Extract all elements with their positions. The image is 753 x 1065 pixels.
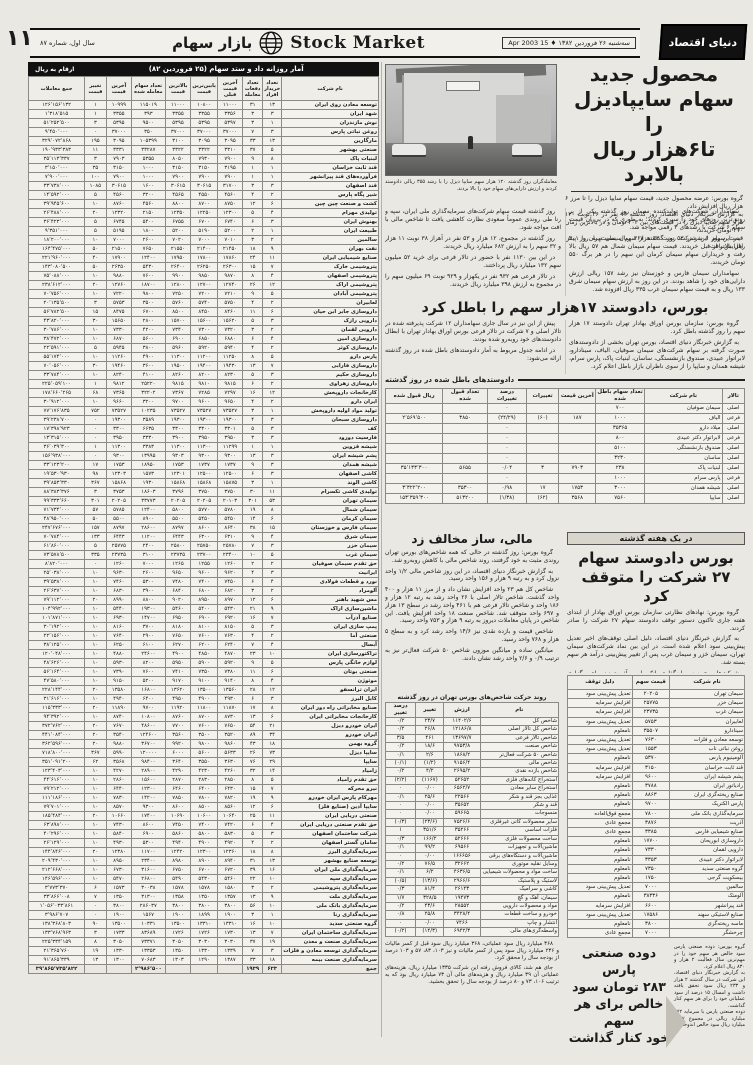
paragraph: به گزارش خبرنگار دنیای اقتصاد، دلیل اصلی…: [567, 635, 745, 666]
table-row: داروسازی فارابی۷۱۳۱۹۴۳۰۱۹۴۰۰۱۹۵۰۰۳۶۰۰۱۹۴…: [29, 362, 379, 371]
table-row: کارخانجات داروپخش۱۲۱۶۷۲۹۷۷۲۸۵۷۳۶۷۳۲۲۰۲۷۳…: [29, 389, 379, 398]
paragraph: در ادامه جدول مربوط به آمار دادوستدهای ب…: [385, 347, 561, 363]
table-row: پارس الکتریک۹۷۰۰نامعلوم: [568, 800, 745, 809]
column-header: نام: [480, 703, 558, 718]
table-row: کابل البرز۳۶۴۹۳۰۴۹۰۰۴۹۵۰۶۴۰۰۴۹۴۰۱۰۳۱٬۶۱۶…: [29, 695, 379, 704]
paragraph: به گزارش خبرنگار دنیای اقتصاد، در این رو…: [385, 568, 559, 584]
table-row: فلزات اساسی۳۵۲۶۶۳۵۱/۶۱: [386, 827, 559, 835]
table-row: لعابیران۵۷۵۳تعدیل پیش‌بینی سود: [568, 717, 745, 726]
index-table-header: نامارزشتغییردرصد تغییر: [386, 703, 559, 718]
table-row: داروسازی سبحان۳۴۱۹۳۰۰۱۹۳۰۰۱۹۳۰۰۳۵۸۹۱۹۳۰۰…: [29, 416, 379, 425]
table-row: سیمان، آهک و گچ۱۹۴۷۳۳۲۸/۵۱/۷: [386, 894, 559, 902]
weekly-body-text: گروه بورس: نهادهای نظارتی سازمان بورس او…: [567, 609, 745, 673]
table-row: لبنیات پاک۸۹۷۹۰۰۷۹۳۰۸۰۵۰۵۳۵۵۷۹۰۳۳۳۵٬۱۱۳٬…: [29, 155, 379, 164]
table-row: چرخشگر۷۰۰۰مجمع عادی: [568, 929, 745, 938]
table-row: شاخص تالار فرعی۱۳۶۹۷/۷۴۶۱۳/۵: [386, 734, 559, 742]
photo-building-side: [496, 95, 551, 143]
table-row: شیشه قزوین۱۱۱۱۲۹۹۱۱۳۰۰۱۱۳۰۰۳۳۸۳۱۱۳۰۰۱۳۶٬…: [29, 443, 379, 452]
doodeh-headline-line1: دوده صنعتی پارس: [567, 944, 671, 978]
table-row: لابراتوار دکتر عبیدی۳۳۵۳نامعلوم: [568, 855, 745, 864]
table-row: پمپ سازی ایران۳۵۸۱۵۰۸۱۰۰۸۱۸۰۳۷۰۰۸۱۶۰۱۰۳۰…: [29, 623, 379, 632]
table-row: سالمین۲۳۷۰۱۰۷۰۰۰۷۰۲۰۲۶۰۰۷۰۰۰۱۰۱۸٬۲۰۰٬۰۰۰: [29, 236, 379, 245]
table-row: لعابیران۲۴۵۷۵۰۵۷۴۰۵۷۶۰۳۵۰۰۵۷۵۳۳۲۰٬۱۳۵٬۵۰…: [29, 299, 379, 308]
cancelled-table-title: دادوستدهای باطل شده در روز گذشته: [385, 376, 514, 384]
table-row: صنایع ریخته‌گری ایران۸۸۶۳نامعلوم: [568, 791, 745, 800]
doodeh-headline-line3: خالص برای هر سهم: [567, 995, 671, 1029]
table-row: ماشین‌آلات و دستگاه‌های برقی۱۶۶۶۵۶۰/۰۰۰: [386, 852, 559, 860]
table-row: لوازم خانگی پارس۵۹۵۹۲۰۵۹۰۰۵۹۵۰۸۲۰۰۵۹۳۰۱۰…: [29, 659, 379, 668]
index-table: نامارزشتغییردرصد تغییر شاخص کل۱۱۴۰۲/۶۲۳/…: [385, 702, 559, 937]
table-row: صنایع شیمیایی فارس۳۳۸۵مجمع عادی: [568, 828, 745, 837]
table-row: حق تقدم زامیاد۵۸۲۸۵۰۲۸۳۰۲۸۷۰۱۵۶۰۰۲۸۶۰۱۰۴…: [29, 776, 379, 785]
column-header: نام شرکت: [282, 77, 379, 101]
table-row: حق تقدم صنعتی دریایی ایران۴۶۷۴۲۰۷۴۰۰۷۴۵۰…: [29, 821, 379, 830]
paragraph: گروه بورس: نهادهای نظارتی سازمان بورس او…: [567, 609, 745, 632]
table-row: سایر محصولات کانی غیرفلزی۷۵۲۶/۶(۲۳/۶)(۰/…: [386, 818, 559, 826]
table-row: سیمان فارس و خوزستان۱۵۳۸۸۶۴۰۸۶۰۰۸۷۹۷۲۸۶۰…: [29, 524, 379, 533]
table-row: مواد و محصولات دارویی۲۸۵۵۲۴۳/۶۰/۲: [386, 902, 559, 910]
suspended-table-body: سیمان تهران۲۰۲۰۵تعدیل پیش‌بینی سودسیمان …: [568, 690, 745, 938]
table-row: اصلیشیشه همدان۳۰۰۰۱۷۵۳۱۷۰/۹۸۳۵۳۰۰۳٬۳۲۲٬۲…: [386, 484, 745, 494]
table-row: فرعیالیاف۱۰۰۰۱۸۷(۶۰)(۲۴/۲۹)۳۸۵۰۲٬۵۶۹٬۵۰۰: [386, 414, 745, 424]
cancelled-table-section: تالارنام شرکتتعداد سهام باطل شدهآخرین قی…: [385, 388, 745, 504]
column-header: جمع معاملات: [29, 77, 85, 101]
table-row: رادیاتور ایران۳۷۸۸نامعلوم: [568, 782, 745, 791]
table-row: داروسازی کوثر۲۴۵۹۴۰۵۹۲۰۵۹۶۰۳۸۰۰۵۹۴۵۵۲۲٬۵…: [29, 344, 379, 353]
table-row: اصلیسایپا۷۵۶۰۳۵۶۸(۶۲)(۱/۳۸)۵۱۳۲۰۰۱۵۳٬۳۵۹…: [386, 494, 745, 504]
table-row: سامان گستر اصفهان۲۴۴۹۲۰۴۹۰۰۴۹۴۰۵۳۰۰۴۹۳۰۱…: [29, 839, 379, 848]
column-header: تعداد خریدار افراد: [263, 77, 282, 101]
table-row: سرمایه‌گذاری سپه۱۰۲۲۵۴۶۰۵۴۳۰۵۴۹۰۲۶۸۰۰۵۴۷…: [29, 875, 379, 884]
table-row: حق تقدم سیمان صوفیان۲۲۱۲۶۰۱۲۵۵۱۲۶۵۷۰۰۰۱۲…: [29, 560, 379, 569]
date-label: سه‌شنبه ۲۶ فروردین ۱۳۸۲ ♦ 15 Apr 2003: [502, 37, 636, 49]
cancelled-table-caption: دادوستدهای باطل شده در روز گذشته: [385, 376, 745, 384]
table-row: سرمایه‌گذاری بانک ملی۱۰۵۶۳۸۰۰۳۸۰۰۳۸۰۰۲۸۶…: [29, 902, 379, 911]
title-fa: بازار سهام: [172, 34, 252, 52]
paragraph: جای هم شد، کالای فروش رفته این شرکت ۱۳۳۵…: [385, 965, 559, 986]
table-row: نفت بهران۹۱۸۲۱۴۵۰۲۱۴۰۰۲۱۵۵۰۷۶۵۰۲۱۵۰۰۵۰۱۶…: [29, 245, 379, 254]
table-row: سیمان غرب۵۱۰۲۳۴۰۰۲۳۷۰۰۲۳۷۳۵۳۱۰۰۲۳۷۳۵۳۳۵۷…: [29, 551, 379, 560]
unit-label: ارقام به ریال: [32, 66, 77, 73]
table-row: کاشی اصفهان۳۶۱۲۵۰۰۱۲۵۰۰۱۲۳۰۱۱۵۷۳۱۲۳۰۳۹۸۱…: [29, 470, 379, 479]
table-row: سینادارو۳۵۵۰۷نامعلوم: [568, 726, 745, 735]
doodeh-article: دوده صنعتی پارس ۲۸۳ تومان سود خالص برای …: [567, 944, 745, 1046]
column-header: درصد تغییرات: [488, 389, 527, 404]
table-row: کاشی الوند۱۳۱۵۸۷۵۱۵۸۶۸۱۵۸۶۸۱۹۳۰۱۵۸۶۸۳۶۷۳…: [29, 479, 379, 488]
table-row: نوش مازندران۱۳۵۳۹۷۵۳۹۵۵۳۹۵۹۵۰۰۵۳۹۵۳۵۱٬۲۵…: [29, 119, 379, 128]
table-row: سیمان خزر۳۷۲۵۷۸۰۲۵۷۵۰۲۵۸۰۰۲۴۰۰۲۵۷۷۵۵۶۱٬۸…: [29, 542, 379, 551]
table-row: ماشین‌سازی اراک۹۲۱۵۴۳۰۵۴۰۰۵۴۶۰۱۹۳۰۰۵۴۴۰۱…: [29, 605, 379, 614]
photo-sign: [446, 81, 480, 91]
column-header: قیمت سهم: [632, 676, 669, 690]
table-row: ساخت مواد و محصولات شیمیایی۴۶۳۶/۵۶/۲۰/۱: [386, 869, 559, 877]
paragraph: شرکت‌هایی چون سرمایه‌گذاری بانک ملی و آذ…: [567, 670, 745, 673]
table-row: وسایل نقلیه موتوری۳۲۶۶۲۷۶/۵۰/۲: [386, 860, 559, 868]
column-header: تغییرات: [526, 389, 559, 404]
headline-rule: [571, 191, 737, 192]
page-number: ۱۱: [6, 26, 33, 51]
table-row: تراکتورسازی ایران۱۰۲۳۴۸۷۰۴۸۵۰۴۹۰۰۲۴۶۰۰۴۸…: [29, 650, 379, 659]
column-header: تعداد دفعات معامله: [243, 77, 263, 101]
table-row: سیمان کرمان۶۱۴۵۴۵۰۵۴۵۰۵۵۰۰۸۹۰۰۵۵۰۰۵۰۴۸٬۹…: [29, 515, 379, 524]
photo-pedestrian: [468, 136, 473, 149]
table-row: شرکت ساختمان اصفهان۳۵۵۸۳۰۵۸۰۰۵۸۶۰۶۹۰۰۵۸۴…: [29, 830, 379, 839]
lead-body-text: سهامداران شرکت‌های تولیدکننده سیمان روز …: [385, 208, 745, 296]
paragraph: گروه بورس: روز گذشته در حالی که همه شاخص…: [385, 549, 559, 565]
paragraph: روز گذشته قیمت سهام شرکت‌های سرمایه‌گذار…: [385, 208, 561, 232]
cancelled-table-header: تالارنام شرکتتعداد سهام باطل شدهآخرین قی…: [386, 389, 745, 404]
table-row: طبیعت ایران۱۲۵۲۰۰۵۱۹۰۵۲۰۰۱۸۰۰۵۱۹۵۵۹٬۳۵۱٬…: [29, 227, 379, 236]
table-row: سرمایه‌گذاری توسعه معادن و فلزات۳۷۱۳۳۹۱۳…: [29, 947, 379, 956]
column-header: ریال قبول شده: [386, 389, 443, 404]
table-row: فرعیلابراتوار دکتر عبیدی۸۰۰۰: [386, 434, 745, 444]
newspaper-logo: دنیای اقتصاد: [659, 24, 748, 60]
suspended-companies-table: نام شرکتقیمت سهمدلیل توقف سیمان تهران۲۰۲…: [567, 675, 745, 938]
table-row: سرمایه‌گذاری ساختمان ایران۷۱۳۱۷۳۰۱۷۲۶۱۷۲…: [29, 929, 379, 938]
table-row: سرمایه‌گذاری پتروشیمی۲۳۱۵۸۰۱۵۷۸۱۵۷۸۳۰۰۳۸…: [29, 884, 379, 893]
lead-headline-line2: سهام سایپادیزل را: [563, 87, 745, 137]
column-header: دلیل توقف: [568, 676, 633, 690]
photo-caption: معامله‌گران روز گذشته ۱۲۰ هزار سهم سایپا…: [385, 179, 557, 192]
column-header: درصد تغییر: [386, 703, 416, 718]
table-row: سرمایه‌گذاری رنا۱۳۱۹۰۰۱۸۹۹۱۹۰۰۱۵۶۷۱۹۰۰۰۳…: [29, 911, 379, 920]
table-row: فرعیپارس سرام۱۰۰۰۰: [386, 474, 745, 484]
table-row: خودرو و ساخت قطعات۳۴۲۸/۴۲۵/۸۰/۸: [386, 911, 559, 919]
paragraph: میانگین ساده و میانگین موزون شاخص ۵۰ شرک…: [385, 647, 559, 663]
table-row: داروسازی امین۴۶۶۸۸۰۶۸۵۰۶۹۰۰۵۶۰۰۶۸۷۰۱۰۳۸٬…: [29, 335, 379, 344]
table-row: ایران دارو۲۴۹۶۵۰۹۶۰۰۹۷۰۰۳۲۰۰۹۶۶۰۱۰۳۰٬۹۱۲…: [29, 398, 379, 407]
table-row: ایران ترانسفو۱۲۲۸۱۳۵۶۰۱۳۵۰۰۱۳۶۲۰۱۶۸۰۰۱۳۵…: [29, 686, 379, 695]
table-row: آلومتک۳۸۳۳۶نامعلوم: [568, 892, 745, 901]
weekly-headline: بورس دادوستد سهام ۲۷ شرکت را متوقف کرد: [567, 549, 745, 606]
table-row: آذریت۳۸۷۶مجمع عادی: [568, 818, 745, 827]
column-header: ارزش: [444, 703, 480, 718]
table-row: پتروشیمی آبادان۵۹۷۲۱۰۷۲۰۰۷۲۵۰۹۸۰۰۷۲۲۰۱۰۷…: [29, 290, 379, 299]
column-header: تغییر: [416, 703, 444, 718]
table-row: آبسال۴۷۶۲۴۰۶۲۰۰۶۲۷۰۶۱۰۰۶۲۵۰۱۰۳۸٬۱۲۵٬۰۰۰: [29, 641, 379, 650]
table-row: شاخص ۵۰ شرکت فعال‌تر۱۸۶۸/۲۲/۶۰/۱: [386, 751, 559, 759]
daily-trades-table-section: ارقام به ریال آمار روزانه داد و ستد سهام…: [28, 62, 379, 974]
table-row: صنایع شیمیایی ایران۱۱۲۴۱۷۸۶۰۱۷۸۰۰۱۷۹۵۰۱۲…: [29, 254, 379, 263]
paragraph: سهامداران سیمان فارس و خوزستان نیز رشد ۱…: [569, 270, 745, 294]
column-header: آخرین قیمت قبلی: [217, 77, 242, 101]
table-row: شاخص مالی۹۱۵۶/۴(۱/۲)(۰/۱): [386, 760, 559, 768]
table-row: سیمان تهران۲۰۲۰۵تعدیل پیش‌بینی سود: [568, 690, 745, 699]
masthead-title: بازار سهام Stock Market: [95, 30, 502, 56]
table-row: سیمان خزر۲۵۷۷۵افزایش سرمایه: [568, 699, 745, 708]
column-header: تعداد قبول شده: [443, 389, 488, 404]
table-row: زامیاد۱۴۳۲۴۲۶۰۴۲۳۰۴۲۹۰۲۸۹۰۰۴۲۷۰۱۰۱۲۳٬۴۰۳…: [29, 767, 379, 776]
article-photo: [385, 64, 557, 176]
doodeh-headline-line2: ۲۸۳ تومان سود: [567, 978, 671, 995]
column-header: تالار: [722, 389, 744, 404]
table-row: پتروشیمی اراک۱۲۲۶۱۲۷۴۰۱۲۷۰۰۱۲۸۰۰۱۸۷۰۰۱۲۷…: [29, 281, 379, 290]
table-row: منسوجات۵۹۶۶۵۰/۰۰۰: [386, 810, 559, 818]
table-row: صنایع مخابراتی راه دور ایران۸۱۷۱۱۸۷۰۱۱۸۰…: [29, 704, 379, 713]
index-table-title: روند حرکت شاخص‌های بورس تهران در روز گذش…: [385, 694, 559, 701]
table-row: نیرو محرکه۷۱۵۶۴۳۰۶۴۰۰۶۴۶۰۱۲۳۰۰۶۴۴۰۱۰۷۹٬۲…: [29, 785, 379, 794]
table-row: صنعتی بوتان۶۱۱۷۳۸۰۷۳۵۰۷۴۱۰۷۶۰۰۷۳۹۰۱۰۵۶٬۱…: [29, 668, 379, 677]
table-row: پتروشیمی اصفهان۴۸۹۸۷۰۹۸۵۰۹۹۰۰۷۶۰۰۹۸۸۰۱۰۷…: [29, 272, 379, 281]
table-row: داروسازی حکیم۳۵۸۲۳۰۸۲۰۰۸۲۶۰۴۱۰۰۸۲۴۰۱۰۳۳٬…: [29, 371, 379, 380]
table-row: اصلیصندوق بازنشستگی۵۱۰۰۰: [386, 444, 745, 454]
mali-closing-text: ۳۶۸ میلیارد ریال سود عملیاتی، ۳۶۸ میلیار…: [385, 941, 559, 986]
table-row: لاستیک و پلاستیک۲۹۶۶/۶(۱۳/۶)(۰/۵): [386, 877, 559, 885]
table-row: آلومراد۲۳۶۸۲۰۶۸۰۰۶۸۴۰۳۹۰۰۶۸۳۰۱۰۲۶٬۶۳۷٬۰۰…: [29, 587, 379, 596]
table-row: آلومینیوم پارس۵۳۷۰نامعلوم: [568, 754, 745, 763]
table-row: ماسه ریخته‌گری۳۸۰۰نامعلوم: [568, 920, 745, 929]
table-row: سرمایه‌گذاری صنعت و معدن۱۹۳۷۳۰۳۰۳۰۳۰۳۰۵۰…: [29, 938, 379, 947]
table-row: توسعه صنایع بهشهر۱۳۳۱۸۹۴۰۸۹۰۰۸۹۸۰۲۳۴۰۰۸۹…: [29, 857, 379, 866]
paragraph: گروه بورس: دوده صنعتی پارس سود خالص هر س…: [674, 944, 745, 970]
table-row: سایپا۲۹۷۶۳۶۳۰۳۵۵۰۳۶۴۰۹۸۴۰۰۳۵۶۸۶۲۳۵۱٬۰۹۱٬…: [29, 758, 379, 767]
daily-table-titlebar: ارقام به ریال آمار روزانه داد و ستد سهام…: [28, 62, 379, 76]
table-row: گروه صنعتی سدید۱۰۱۶۱۳۳۱۰۱۳۳۱۰۱۳۵۰۰۱۰۳۳۱۱…: [29, 920, 379, 929]
table-row: سرمایه‌گذاری ملت۹۱۳۱۳۵۷۱۳۵۰۱۳۵۸۳۱۳۰۰۱۳۵۰…: [29, 893, 379, 902]
table-row: بهنوش ایران۳۶۶۷۴۰۶۷۰۰۶۷۵۵۵۴۰۰۶۷۴۵۵۳۶٬۴۲۳…: [29, 218, 379, 227]
table-row: کارخانجات مخابراتی ایران۶۱۳۸۷۳۰۸۷۰۰۸۷۶۰۱…: [29, 713, 379, 722]
table-row: تولید مواد اولیه داروپخش۱۳۷۳۵۲۷۷۳۵۲۷۷۳۵۲…: [29, 407, 379, 416]
paragraph: گروه بورس: سازمان بورس اوراق بهادار تهرا…: [569, 320, 745, 336]
paragraph: در تالار فرعی هم ۹۳۲ نفر در یکهزار و ۹۲۹…: [385, 273, 561, 289]
cancelled-headline: بورس، دادوستد ۱۷هزار سهم را باطل کرد: [385, 300, 745, 316]
arrow-decoration: [666, 996, 686, 1048]
cancelled-body-text: گروه بورس: سازمان بورس اوراق بهادار تهرا…: [385, 320, 745, 374]
globe-icon: [258, 30, 284, 56]
doodeh-headline-line4: خود کنار گذاشت: [567, 1029, 671, 1046]
table-row: توسعه معادن و فلزات۷۶۳۰تعدیل پیش‌بینی سو…: [568, 736, 745, 745]
column-header: تغییر قیمت: [85, 77, 107, 101]
mali-headline: مالی، ساز مخالف زد: [385, 532, 559, 546]
daily-table-body: توسعه معادن روی ایران۱۳۳۱۱۱۰۰۰۱۰۸۰۰۱۱۰۰۰…: [29, 101, 379, 974]
table-row: مهرکام پارس ایران خودرو۹۱۹۷۸۲۰۷۸۰۰۷۸۵۰۱۴…: [29, 794, 379, 803]
table-row: استخراج سایر معادن۶۵۶۲/۷۰/۰۰۰: [386, 785, 559, 793]
daily-table-title: آمار روزانه داد و ستد سهام (۲۵ فروردین ۸…: [77, 65, 375, 73]
table-row: سیمان تهران۵۳۳۰۱۲۰۱۰۳۲۰۲۰۵۲۰۲۰۵۳۳۷۷۳۲۰۲۰…: [29, 497, 379, 506]
table-row: داروسازی ابوریحان۱۷۷۰۰نامعلوم: [568, 837, 745, 846]
table-row: صنعتی آما۲۴۷۶۳۰۷۶۰۰۷۶۵۰۲۹۰۰۷۶۴۰۱۰۲۲٬۱۵۶٬…: [29, 632, 379, 641]
table-row: ایران خودرو۳۴۸۹۳۵۲۰۳۵۰۰۳۵۶۰۱۲۴۶۰۰۳۵۴۰۲۰۴…: [29, 731, 379, 740]
table-row: فارسیت دورود۳۳۳۹۵۰۳۹۵۰۳۹۰۰۳۳۳۰۳۹۵۰۰۱۳٬۳۱…: [29, 434, 379, 443]
newspaper-page: { "header": { "page_number": "۱۱", "date…: [0, 0, 753, 1065]
table-row: سرمایه‌گذاری بانک ملی۷۸۰۰مجمع فوق‌العاده: [568, 809, 745, 818]
column-header: تعداد سهام باطل شده: [596, 389, 645, 404]
doodeh-body-text: گروه بورس: دوده صنعتی پارس سود خالص هر س…: [674, 944, 745, 1046]
table-row: مارگارین۱۳۳۳۳۰۹۵۳۰۹۵۳۱۰۰۱۰۵۳۹۹۳۰۹۵۱۹۵۳۲۹…: [29, 137, 379, 146]
masthead-bar: سال اول، شماره ۸۷ بازار سهام Stock Marke…: [30, 28, 640, 58]
lead-headline-line3: تا۶هزار ریال بالابرد: [563, 137, 745, 187]
table-row: جمع۶۳۳۱۹۳۹۲٬۹۸۶٬۵۰۰۳۹٬۸۶۵٬۷۳۵٬۸۲۲: [29, 965, 379, 974]
paragraph: شاخص کل هم ۲۳ واحد افزایش نشان داد و از …: [385, 586, 559, 625]
paragraph: روز گذشته در مجموع، ۱۲ هزار و ۵۳ نفر در …: [385, 235, 561, 251]
table-row: کشت و صنعت چین چین۶۱۲۸۷۵۰۸۷۰۰۸۸۰۰۴۵۶۰۸۷۶…: [29, 200, 379, 209]
table-row: صنایع آذرآب۷۱۶۶۹۲۰۶۹۰۰۶۹۵۰۱۴۷۰۰۶۹۳۰۱۰۱۰۱…: [29, 614, 379, 623]
table-row: پارس دارو۵۸۱۱۲۵۰۱۱۲۰۰۱۱۳۰۰۴۹۰۰۱۱۲۶۰۱۰۵۵٬…: [29, 353, 379, 362]
table-row: مس شهید باهنر۶۱۲۸۹۷۰۸۹۵۰۹۰۲۰۸۸۰۰۸۹۹۰۲۰۷۹…: [29, 596, 379, 605]
column-header: آخرین قیمت: [559, 389, 596, 404]
table-row: شاخص کل۱۱۴۰۲/۶۲۳/۷۰/۲: [386, 718, 559, 726]
table-row: دارویی لقمان۲۳۷۳۲۰۷۳۰۰۷۳۴۰۴۲۰۰۷۳۳۰۱۰۳۰٬۷…: [29, 326, 379, 335]
table-row: اصلیمیلاد دارو۳۵۳۶۵۰: [386, 424, 745, 434]
paragraph: ۳۶۸ میلیارد ریال سود عملیاتی، ۳۶۸ میلیار…: [385, 941, 559, 962]
table-row: ساخت محصولات فلزی۵۲۶۶۶۱۶۶/۲۰/۳: [386, 835, 559, 843]
table-row: قند ثابت خراسان۱۱۳۱۹۵۳۱۵۰۳۱۵۰۱۰۰۰۳۱۵۰۳۵۳…: [29, 164, 379, 173]
table-row: پشم شیشه ایران۳۱۳۹۳۰۰۹۳۰۰۹۳۰۳۱۳۹۹۵۹۳۰۰۰۱…: [29, 452, 379, 461]
column-header: نام شرکت: [645, 389, 723, 404]
lead-headline-line1: محصول جدید: [563, 62, 745, 87]
table-row: گروه بهمن۱۸۴۳۹۸۶۰۹۸۰۰۹۹۲۰۳۶۷۰۰۹۸۸۰۲۰۳۶۲٬…: [29, 740, 379, 749]
mali-body-text: گروه بورس: روز گذشته در حالی که همه شاخص…: [385, 549, 559, 691]
column-header: نام شرکت: [670, 676, 745, 690]
table-row: استخراج کانه‌های فلزی۵۲۶۵۲(۱۱۶۷)(۲/۲): [386, 776, 559, 784]
table-row: قند و شکر۳۵۶۵۲۰/۰۰۰: [386, 802, 559, 810]
index-table-body: شاخص کل۱۱۴۰۲/۶۲۳/۷۰/۲شاخص کل تالار اصلی۱…: [386, 718, 559, 937]
table-row: روغن نباتی ناب۱۵۵۳تعدیل پیش‌بینی سود: [568, 745, 745, 754]
table-row: کاشی و سرامیک۲۶۱۴۳۸۱/۴۰/۳: [386, 886, 559, 894]
table-row: گروه صنعتی سدید۷۳۵۰نامعلوم: [568, 864, 745, 873]
caption-rule: [518, 379, 745, 381]
table-row: شهد ایران۳۳۳۳۵۶۳۳۵۵۳۳۵۵۳۹۳۳۳۵۵۱۱٬۳۱۸٬۵۱۵: [29, 110, 379, 119]
paragraph: به گزارش خبرنگار دنیای اقتصاد، بورس تهرا…: [569, 339, 745, 371]
suspended-table-header: نام شرکتقیمت سهمدلیل توقف: [568, 676, 745, 690]
table-row: نورد و قطعات فولادی۴۶۷۴۵۰۷۴۰۰۷۴۸۰۵۳۰۰۷۴۶…: [29, 578, 379, 587]
table-row: پشم شیشه ایران۹۶۰۰افزایش سرمایه: [568, 772, 745, 781]
weekly-kicker: در یک هفته گذشته: [567, 532, 745, 545]
table-row: سرمایه‌گذاری البرز۸۱۸۱۲۳۶۰۱۲۳۰۰۱۲۴۲۰۱۱۷۰…: [29, 848, 379, 857]
paragraph: در این روز ۶ نفر در ۵۳ نوبت ۳۳ هزار سهم …: [569, 235, 745, 267]
column-header: پایین‌ترین قیمت: [191, 77, 218, 101]
table-row: داروسازی جابر ابن حیان۶۱۱۸۴۶۰۸۴۵۰۸۵۰۰۶۷۰…: [29, 308, 379, 317]
photo-car: [512, 144, 542, 155]
table-row: شیشه همدان۳۹۱۷۳۷۱۷۳۷۱۷۵۳۱۸۹۵۰۱۷۵۳۱۷۳۳٬۱۲…: [29, 461, 379, 470]
table-row: داروسازی زهراوی۲۶۹۸۱۵۹۸۱۰۹۸۱۵۲۵۲۲۰۹۸۱۲۱۲…: [29, 380, 379, 389]
table-row: سیمان غرب۲۳۷۳۵افزایش سرمایه: [568, 708, 745, 717]
table-row: سیمان شمال۸۱۹۵۷۸۰۵۷۷۰۵۸۰۰۱۲۴۰۰۵۷۸۵۵۷۷۱٬۷…: [29, 506, 379, 515]
table-row: صنعتی بهشهر۵۳۷۳۳۱۰۳۳۲۲۳۳۲۲۳۳۲۸۷۳۳۳۱۱۱۱۹۰…: [29, 146, 379, 155]
table-row: غذایی بجز قند و شکر۲۲۵۶۶۲۵/۶۰/۱: [386, 793, 559, 801]
weekly-section: در یک هفته گذشته بورس دادوستد سهام ۲۷ شر…: [567, 532, 745, 1046]
table-row: شاخص صنعت۹۷۵۳/۸۱۸/۶۰/۲: [386, 743, 559, 751]
table-row: سایپا دیزل۷۳۲۶۵۶۳۳۵۶۰۰۶۰۰۰۱۲۰۰۰۰۵۹۹۰۳۶۷۷…: [29, 749, 379, 758]
table-row: سیمان شرق۴۹۶۳۱۰۶۳۰۰۶۴۴۳۱۱۲۰۰۶۴۴۳۱۳۳۷۰٬۷۸…: [29, 533, 379, 542]
table-row: اصلیسیمان صوفیان۷۰۰۰: [386, 404, 745, 414]
table-row: دارویی رازک۳۵۱۵۶۲۰۱۵۶۰۰۱۵۷۰۰۲۸۰۰۱۵۶۵۰۳۰۴…: [29, 317, 379, 326]
table-row: اصلیساسان۳۲۳۰۰: [386, 454, 745, 464]
daily-table-header: نام شرکتتعداد خریدار افرادتعداد دفعات مع…: [29, 77, 379, 101]
paragraph: سهامداران شرکت‌های تولیدکننده سیمان روز …: [569, 208, 745, 232]
table-row: تولیدی مهرام۴۵۱۲۳۰۰۱۲۲۵۰۱۲۳۵۰۲۱۵۰۱۲۳۲۰۲۰…: [29, 209, 379, 218]
table-row: قند اصفهان۳۳۳۱۷۰۰۳۰۶۱۵۳۰۶۱۵۱۶۰۰۳۰۶۱۵۱۰۸۵…: [29, 182, 379, 191]
table-row: ماشین‌آلات و تجهیزات۶۹۵۶۶۹۹/۲۰/۱: [386, 844, 559, 852]
table-row: دارویی لقمان۷۳۳۰نامعلوم: [568, 846, 745, 855]
issue-label: سال اول، شماره ۸۷: [34, 39, 95, 47]
table-row: سرمایه‌گذاری ملی ایران۱۶۳۹۶۷۲۰۶۷۰۰۶۷۵۰۳۱…: [29, 866, 379, 875]
table-row: شیر پگاه پارس۲۴۴۵۶۰۴۵۵۰۴۵۶۵۳۲۰۰۴۵۶۰۵۱۴٬۵…: [29, 191, 379, 200]
table-row: شاخص بازده نقدی۲۶۹۵/۲۴/۲۰/۲: [386, 768, 559, 776]
table-row: صنایع لاستیکی سهند۱۷۵۸۶تعدیل پیش‌بینی سو…: [568, 910, 745, 919]
title-en: Stock Market: [290, 33, 425, 53]
column-divider: [381, 62, 382, 1037]
table-row: انتشار و چاپ۷۴۶۶۰/۰۰۰: [386, 919, 559, 927]
table-row: قند ثابت خراسان۳۱۵۰افزایش سرمایه: [568, 763, 745, 772]
column-header: تعداد سهام معامله شده: [132, 77, 166, 101]
table-row: روغن نباتی پارس۳۷۳۷۰۰۰۳۷۰۰۰۳۷۰۰۰۳۵۰۳۷۰۰۰…: [29, 128, 379, 137]
table-row: پتروشیمی خارک۷۱۵۲۶۳۰۰۲۶۲۵۰۲۶۴۰۰۵۴۳۰۲۶۳۵۰…: [29, 263, 379, 272]
cancelled-table-body: اصلیسیمان صوفیان۷۰۰۰فرعیالیاف۱۰۰۰۱۸۷(۶۰)…: [386, 404, 745, 504]
column-header: بالاترین قیمت: [165, 77, 191, 101]
table-row: اصلیلبنیات پاک۲۳۸۷۹۰۳۳۰/۰۴۵۶۵۵۳۵٬۱۳۳٬۳۰۰: [386, 464, 745, 474]
paragraph: پیش از این نیز در سال جاری سهامداران ۱۲ …: [385, 320, 561, 344]
table-row: قند پیرانشهر۶۶۰۰افزایش سرمایه: [568, 901, 745, 910]
table-row: سالمین۷۰۰۰تعدیل پیش‌بینی سود: [568, 883, 745, 892]
mali-article: مالی، ساز مخالف زد گروه بورس: روز گذشته …: [385, 532, 559, 989]
table-row: فرآورده‌های قند پیرانشهر۱۱۷۹۰۰۷۹۰۰۷۹۰۰۱۰…: [29, 173, 379, 182]
paragraph: در این بین ۱۱۳۰ نفر با حضور در تالار فرع…: [385, 254, 561, 270]
table-row: کف۳۵۳۳۰۱۳۳۰۰۳۳۰۰۶۶۳۵۳۳۰۰۰۱۷٬۳۹۸٬۹۲۳: [29, 425, 379, 434]
doodeh-headline: دوده صنعتی پارس ۲۸۳ تومان سود خالص برای …: [567, 944, 671, 1046]
table-row: سرمایه‌گذاری صنعت بیمه۱۸۳۳۱۳۸۷۱۲۹۰۱۳۰۳۷۰…: [29, 956, 379, 965]
table-row: شاخص کل تالار اصلی۱۲۱۸۶/۸۲۶/۸۰/۲: [386, 726, 559, 734]
daily-trades-table: نام شرکتتعداد خریدار افرادتعداد دفعات مع…: [28, 76, 379, 974]
table-row: ایرانیت۳۴۹۶۲۰۹۶۰۰۹۶۵۰۲۶۰۰۹۶۳۰۱۰۲۵٬۰۳۸٬۰۰…: [29, 569, 379, 578]
table-row: صنعتی دریایی ایران۱۱۲۵۱۰۶۴۰۱۰۶۰۰۱۰۶۹۰۱۷۴…: [29, 812, 379, 821]
table-row: ایران خودرو دیزل۲۱۵۴۷۶۵۰۷۶۰۰۷۷۰۰۴۸۶۰۰۷۶۷…: [29, 722, 379, 731]
table-row: بیسکویت گرجی۱۷۵۰نامعلوم: [568, 874, 745, 883]
column-header: آخرین قیمت: [106, 77, 131, 101]
table-row: توسعه معادن روی ایران۱۳۳۱۱۱۰۰۰۱۰۸۰۰۱۱۰۰۰…: [29, 101, 379, 110]
photo-car: [392, 144, 426, 155]
paragraph: شاخص قیمت و بازده نقدی نیز ۱۴/۶ واحد رشد…: [385, 628, 559, 644]
table-row: موتوژن۴۸۹۱۴۰۹۱۰۰۹۱۷۰۵۲۰۰۹۱۵۰۱۰۴۷٬۵۸۰٬۰۰۰: [29, 677, 379, 686]
cancelled-trades-table: تالارنام شرکتتعداد سهام باطل شدهآخرین قی…: [385, 388, 745, 504]
table-row: تولیدی کاشی تکسرام۱۱۳۰۳۷۵۰۳۷۵۰۳۷۹۶۱۸۶۰۳۳…: [29, 488, 379, 497]
table-row: سایپا آذین (صنایع فلز)۶۱۲۸۵۶۰۸۵۰۰۸۶۰۰۹۳۰…: [29, 803, 379, 812]
table-row: واسطه‌گری‌های مالی۶۹۴۲/۳(۱۴/۳)(۰/۲): [386, 928, 559, 936]
